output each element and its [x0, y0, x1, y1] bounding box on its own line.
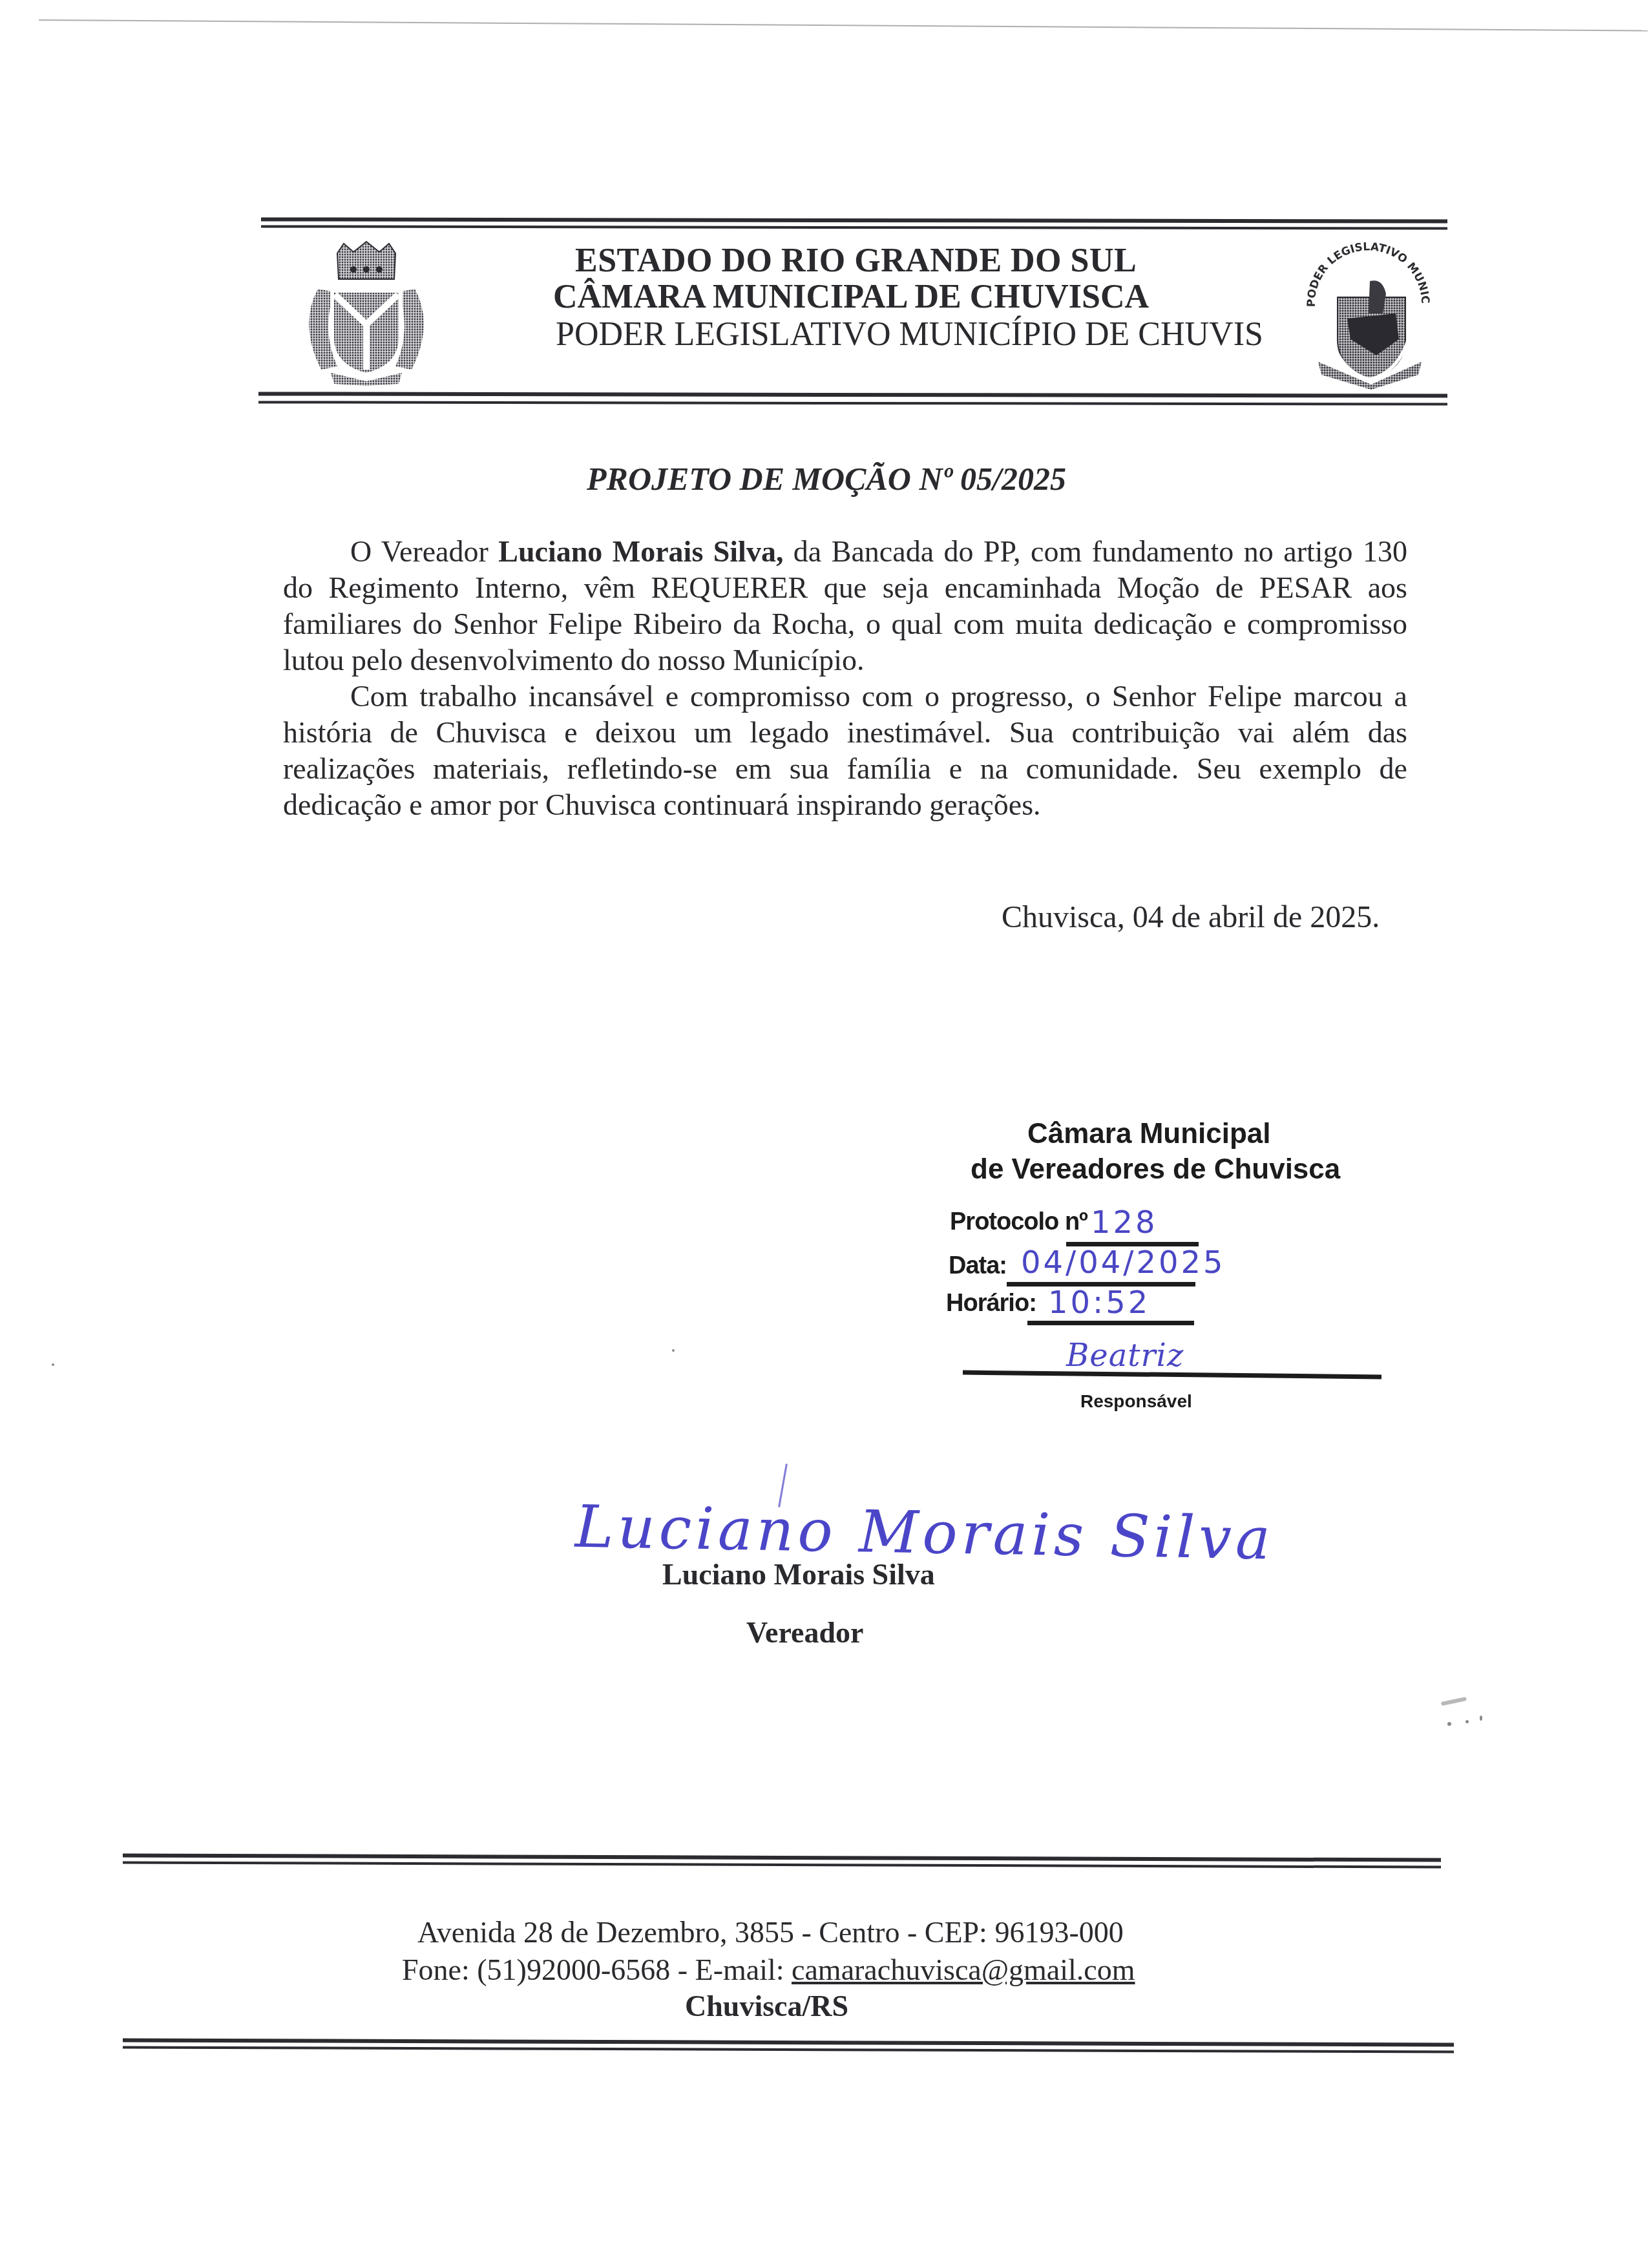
document-body: O Vereador Luciano Morais Silva, da Banc… [283, 534, 1407, 823]
header-state-name: ESTADO DO RIO GRANDE DO SUL [575, 242, 1137, 280]
footer-phone: Fone: (51)92000-6568 - E-mail: [402, 1953, 792, 1986]
time-underline [1027, 1321, 1194, 1325]
protocol-stamp: Câmara Municipal de Vereadores de Chuvis… [930, 1118, 1422, 1409]
stamp-title-line2: de Vereadores de Chuvisca [971, 1153, 1340, 1186]
date-value: 04/04/2025 [1021, 1244, 1226, 1281]
header-bottom-rule [258, 392, 1447, 397]
scan-speck [672, 1349, 675, 1352]
footer-top-rule [123, 1853, 1441, 1862]
date-label: Data: [949, 1252, 1007, 1280]
paragraph-2: Com trabalho incansável e compromisso co… [283, 678, 1407, 823]
signatory-name: Luciano Morais Silva [662, 1557, 935, 1591]
footer-bottom-rule [123, 2038, 1454, 2046]
header-chamber-name: CÂMARA MUNICIPAL DE CHUVISCA [553, 278, 1149, 316]
councilor-name: Luciano Morais Silva, [498, 535, 783, 568]
signatory-role: Vereador [746, 1615, 863, 1650]
protocol-label: Protocolo nº [950, 1208, 1087, 1236]
paragraph-1-prefix: O Vereador [350, 535, 498, 568]
footer-phone-email: Fone: (51)92000-6568 - E-mail: camarachu… [402, 1951, 1135, 1989]
time-label: Horário: [946, 1290, 1036, 1318]
scan-speck [1480, 1716, 1482, 1721]
time-value: 10:52 [1048, 1285, 1150, 1321]
municipal-coat-of-arms-icon [292, 240, 441, 386]
document-title: PROJETO DE MOÇÃO Nº 05/2025 [587, 460, 1066, 498]
header-legislative-power: PODER LEGISLATIVO MUNICÍPIO DE CHUVIS [556, 315, 1263, 353]
place-date-line: Chuvisca, 04 de abril de 2025. [1002, 899, 1380, 935]
header-top-rule [261, 217, 1447, 223]
scan-speck [1447, 1722, 1451, 1726]
responsible-signature: Beatriz [1066, 1338, 1184, 1374]
protocol-value: 128 [1091, 1204, 1158, 1241]
scan-speck [52, 1363, 54, 1366]
responsible-label: Responsável [1080, 1391, 1192, 1412]
header-top-rule-2 [261, 225, 1447, 229]
legislative-seal-icon: PODER LEGISLATIVO MUNICIPAL [1292, 242, 1441, 391]
footer-city: Chuvisca/RS [685, 1988, 848, 2025]
footer-email-link[interactable]: camarachuvisca@gmail.com [792, 1953, 1135, 1986]
scan-edge-artifact [39, 19, 1648, 32]
scan-speck [1441, 1697, 1467, 1706]
footer-bottom-rule-2 [123, 2046, 1454, 2053]
footer-address: Avenida 28 de Dezembro, 3855 - Centro - … [417, 1914, 1124, 1951]
stamp-title-line1: Câmara Municipal [1027, 1118, 1271, 1150]
footer-top-rule-2 [123, 1861, 1441, 1868]
scan-speck [1465, 1720, 1469, 1723]
paragraph-1: O Vereador Luciano Morais Silva, da Banc… [283, 534, 1407, 678]
header-bottom-rule-2 [258, 401, 1447, 405]
